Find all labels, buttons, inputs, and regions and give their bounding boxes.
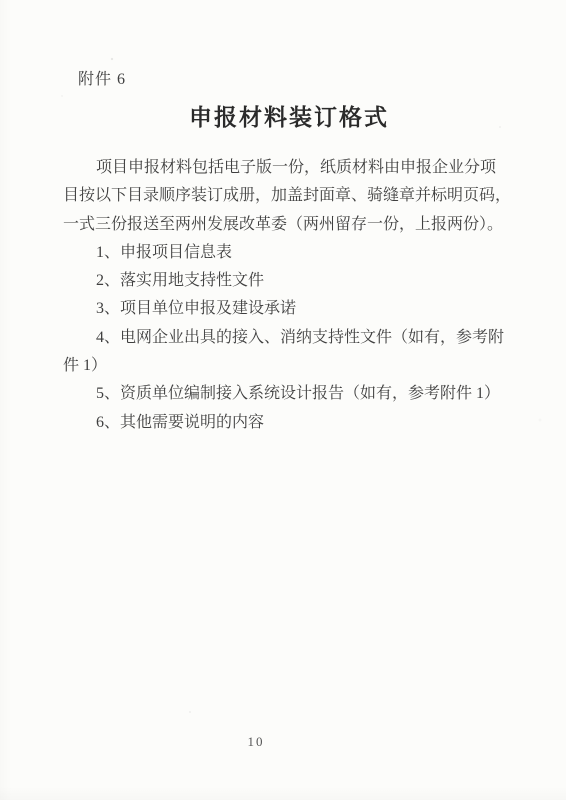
page-number: 10 [0,734,539,750]
list-item-2: 2、落实用地支持性文件 [63,267,523,295]
document-body: 项目申报材料包括电子版一份，纸质材料由申报企业分项 目按以下目录顺序装订成册，加… [63,154,523,437]
list-item-1: 1、申报项目信息表 [63,239,523,267]
list-item-6: 6、其他需要说明的内容 [63,409,523,437]
list-item-4: 4、电网企业出具的接入、消纳支持性文件（如有，参考附 件 1） [63,324,523,381]
page-number-text: 10 [248,734,265,749]
attachment-label: 附件 6 [78,66,126,89]
list-item-5: 5、资质单位编制接入系统设计报告（如有，参考附件 1） [63,380,523,408]
intro-paragraph: 项目申报材料包括电子版一份，纸质材料由申报企业分项 目按以下目录顺序装订成册，加… [63,154,523,239]
document-page: 附件 6 申报材料装订格式 项目申报材料包括电子版一份，纸质材料由申报企业分项 … [0,0,566,800]
list-item-3: 3、项目单位申报及建设承诺 [63,295,523,323]
document-title: 申报材料装订格式 [6,103,566,133]
